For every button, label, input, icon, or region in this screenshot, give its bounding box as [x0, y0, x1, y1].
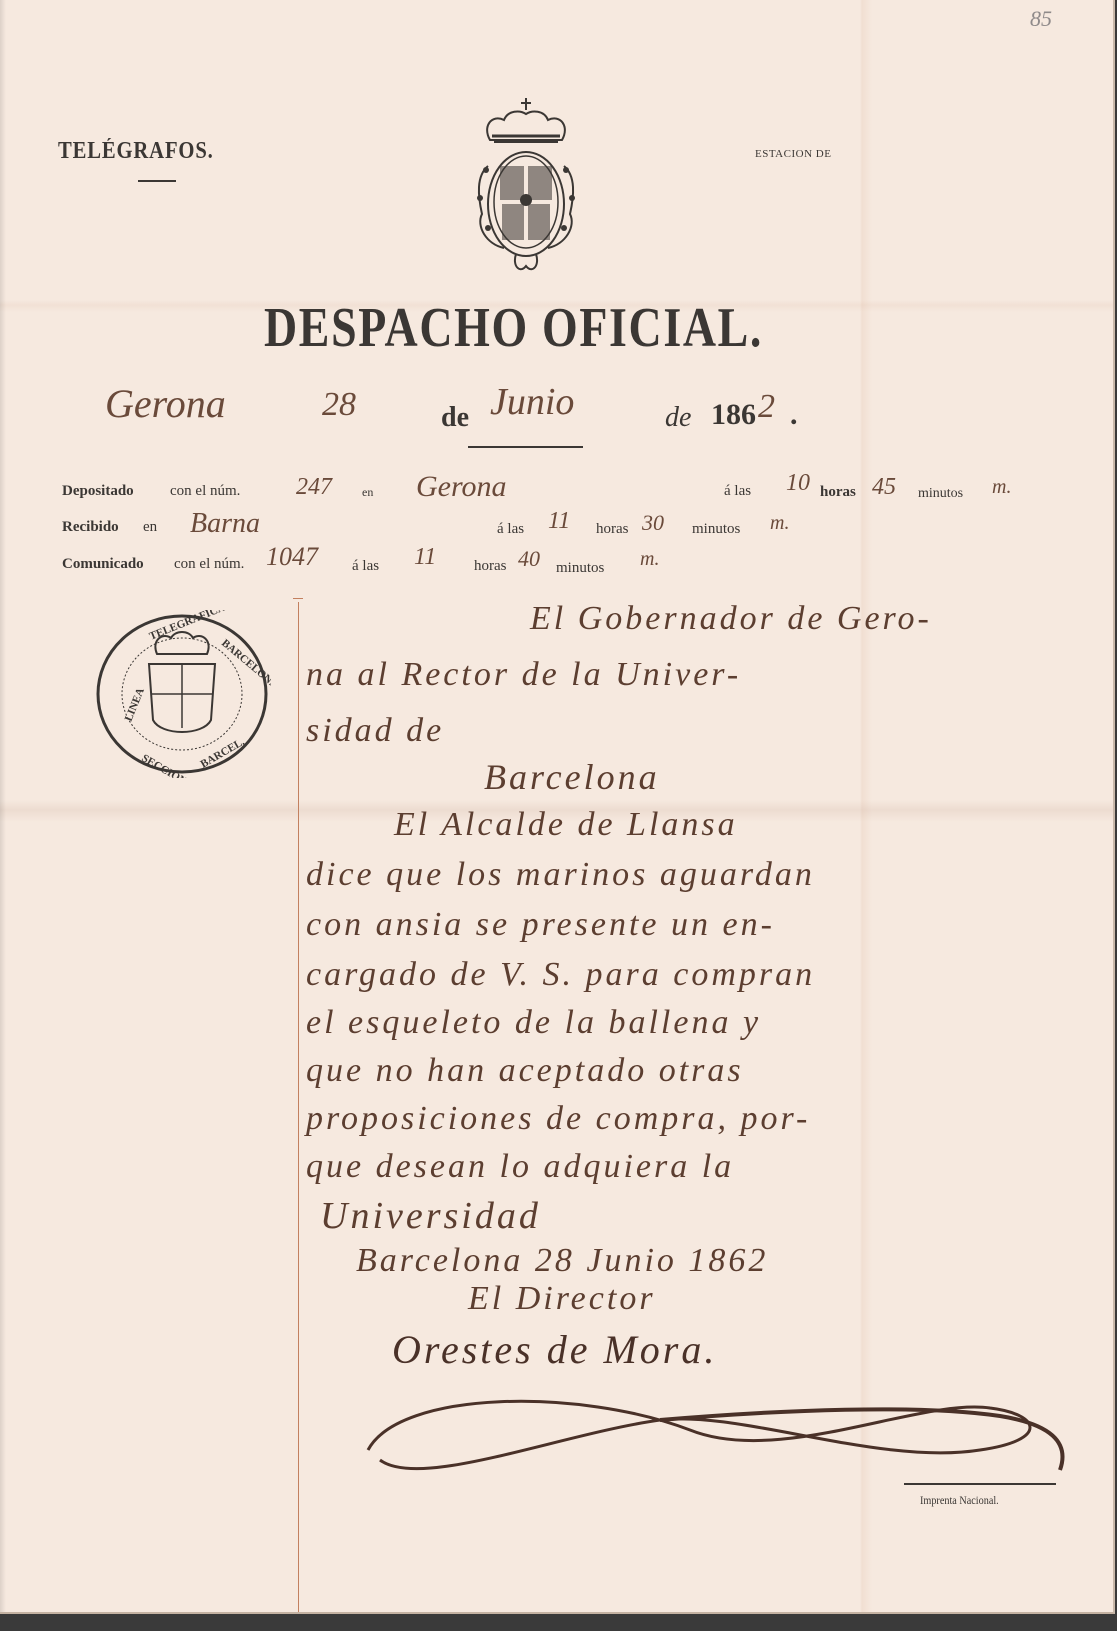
deposited-label: Depositado: [62, 483, 134, 500]
date-month: Junio: [490, 380, 574, 424]
closing-title: El Director: [468, 1280, 656, 1318]
received-suffix: m.: [770, 512, 789, 535]
station-label: ESTACION DE: [755, 148, 831, 160]
message-line: El Gobernador de Gero-: [530, 600, 932, 638]
communicated-hours: 11: [414, 544, 436, 571]
deposited-a-las-label: á las: [724, 483, 751, 500]
message-line: proposiciones de compra, por-: [306, 1100, 810, 1138]
deposited-number: 247: [296, 474, 332, 501]
date-terminator: .: [790, 398, 798, 432]
telegrafos-heading: TELÉGRAFOS.: [58, 138, 214, 165]
despacho-oficial-title: DESPACHO OFICIAL.: [264, 296, 763, 360]
message-line: el esqueleto de la ballena y: [306, 1004, 761, 1042]
communicated-label-rest: con el núm.: [174, 556, 244, 573]
seal-text-bottom-right: BARCEL.: [199, 736, 247, 771]
signature: Orestes de Mora.: [392, 1326, 717, 1373]
heading-rule: [138, 180, 176, 182]
message-line: cargado de V. S. para compran: [306, 956, 815, 994]
received-hours: 11: [548, 508, 570, 535]
deposited-minutes: 45: [872, 474, 896, 501]
printer-imprint: Imprenta Nacional.: [920, 1493, 999, 1508]
date-year-handwritten: 2: [758, 388, 775, 426]
communicated-minutes-label: minutos: [556, 560, 604, 577]
deposited-place: Gerona: [416, 470, 507, 504]
date-day: 28: [322, 386, 356, 424]
received-hours-label: horas: [596, 521, 629, 538]
received-a-las-label: á las: [497, 521, 524, 538]
date-year-printed: 186: [711, 398, 756, 432]
seal-text-bottom-left: SECCION: [140, 752, 189, 778]
received-label: Recibido: [62, 519, 119, 536]
received-minutes: 30: [642, 510, 664, 536]
date-de-2: de: [665, 402, 691, 434]
message-line: sidad de: [306, 712, 444, 750]
deposited-label-rest: con el núm.: [170, 483, 240, 500]
message-line: Barcelona: [484, 756, 660, 798]
message-line: dice que los marinos aguardan: [306, 856, 815, 894]
telegram-form: 85 TELÉGRAFOS. ESTACION DE: [0, 0, 1115, 1614]
telegraph-seal-stamp-icon: LINEA TELEGRAFICA DE BARCELONA SECCION B…: [93, 610, 271, 778]
message-line: con ansia se presente un en-: [306, 906, 775, 944]
deposited-minutes-label: minutos: [918, 486, 963, 502]
footer-rule: [904, 1483, 1056, 1485]
seal-text-left: LINEA: [123, 686, 147, 723]
received-place: Barna: [190, 508, 260, 540]
page-number: 85: [1030, 6, 1052, 32]
deposited-hours-label: horas: [820, 484, 856, 501]
communicated-number: 1047: [266, 542, 318, 572]
deposited-en-label: en: [362, 485, 373, 500]
communicated-a-las-label: á las: [352, 558, 379, 575]
date-city: Gerona: [105, 380, 226, 427]
message-line: El Alcalde de Llansa: [394, 806, 738, 844]
closing-place-date: Barcelona 28 Junio 1862: [356, 1242, 768, 1280]
deposited-suffix: m.: [992, 476, 1011, 499]
month-underline: [468, 446, 583, 448]
received-label-rest: en: [143, 519, 157, 536]
communicated-hours-label: horas: [474, 558, 507, 575]
royal-coat-of-arms-icon: [464, 96, 588, 276]
signature-flourish-icon: [360, 1380, 1080, 1490]
communicated-minutes: 40: [518, 546, 540, 572]
date-de-1: de: [441, 402, 469, 434]
message-line: que desean lo adquiera la: [306, 1148, 734, 1186]
seal-text-right: BARCELONA: [219, 637, 271, 691]
communicated-label: Comunicado: [62, 556, 144, 573]
deposited-hours: 10: [786, 470, 810, 497]
message-line: Universidad: [320, 1194, 541, 1238]
received-minutes-label: minutos: [692, 521, 740, 538]
message-line: que no han aceptado otras: [306, 1052, 744, 1090]
message-line: na al Rector de la Univer-: [306, 656, 741, 694]
margin-rule: [298, 602, 299, 1612]
communicated-suffix: m.: [640, 548, 659, 571]
